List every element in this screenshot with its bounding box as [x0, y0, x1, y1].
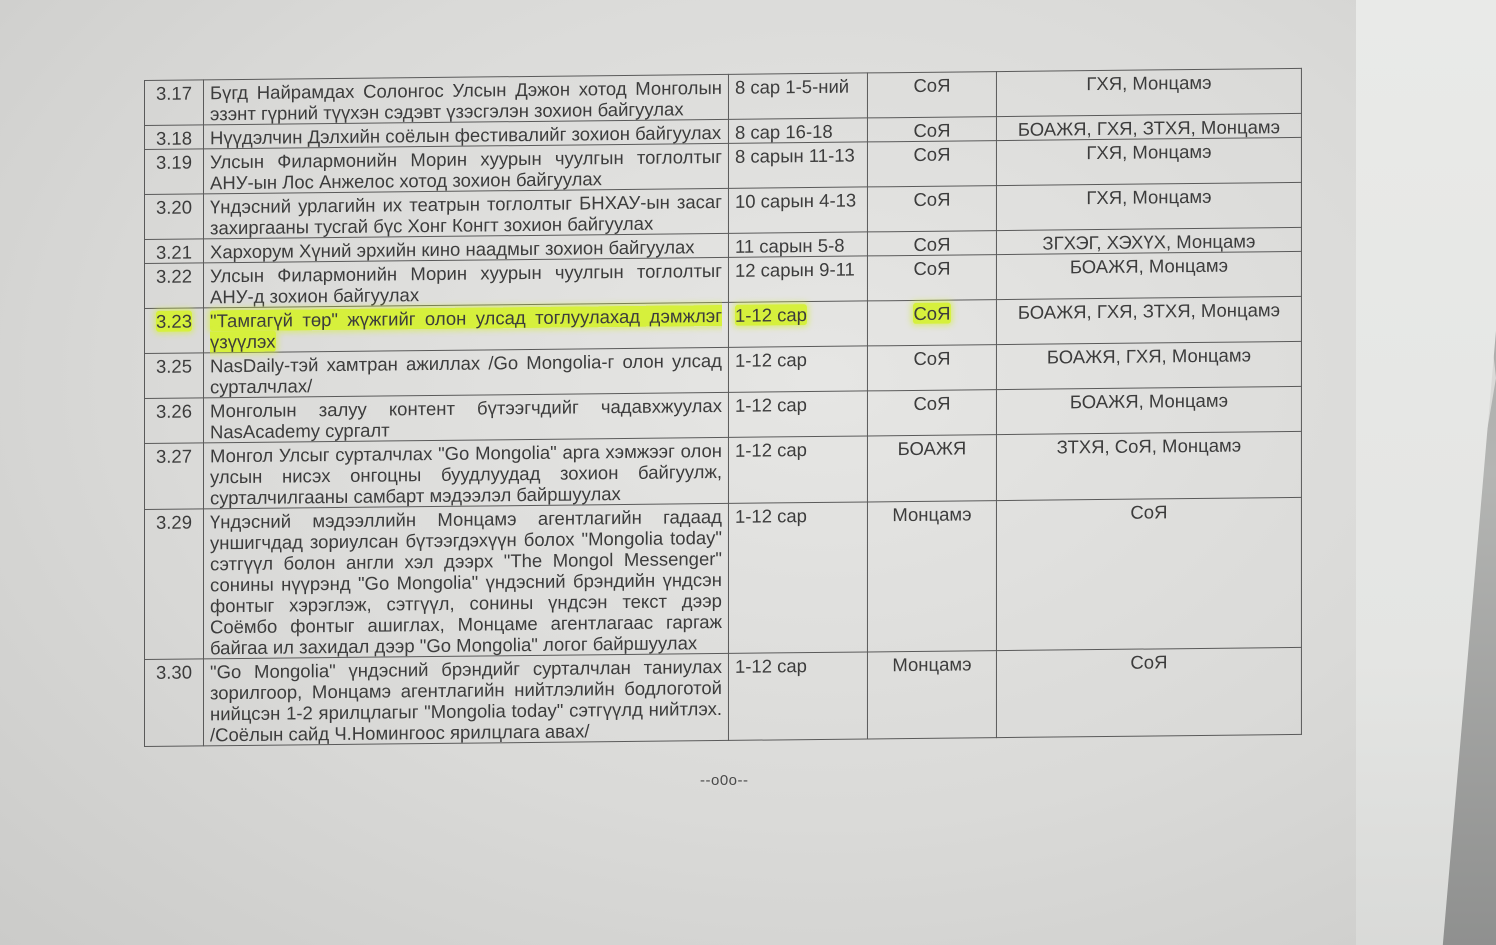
- row-number: 3.21: [144, 239, 203, 264]
- row-number: 3.30: [144, 659, 203, 747]
- row-number: 3.29: [144, 509, 203, 660]
- table-row: 3.27 Монгол Улсыг сурталчлах "Go Mongoli…: [144, 431, 1301, 509]
- partners-text: СоЯ: [1130, 651, 1167, 672]
- timeline: 10 сарын 4-13: [728, 187, 867, 233]
- date-text: 1-12 сар: [735, 439, 807, 461]
- date-text: 8 сар 16-18: [735, 121, 833, 143]
- partners-text: ГХЯ, Монцамэ: [1086, 186, 1211, 208]
- date-text: 10 сарын 4-13: [735, 190, 856, 212]
- date-text: 1-12 сар: [735, 505, 807, 527]
- num-text: 3.22: [156, 266, 192, 287]
- task-text: Улсын Филармонийн Морин хуурын чуулгын т…: [210, 260, 722, 307]
- table-row: 3.29 Үндэсний мэдээллийн Монцамэ агентла…: [144, 497, 1301, 659]
- responsible-org: СоЯ: [867, 117, 996, 142]
- responsible-org: СоЯ: [867, 345, 996, 391]
- responsible-org: Монцамэ: [867, 651, 996, 739]
- responsible-org: СоЯ: [867, 141, 996, 187]
- task-text: Үндэсний урлагийн их театрын тоглолтыг Б…: [210, 191, 722, 238]
- partner-orgs: ГХЯ, Монцамэ: [996, 182, 1301, 230]
- task-description: Үндэсний урлагийн их театрын тоглолтыг Б…: [203, 188, 728, 239]
- partner-orgs: СоЯ: [996, 647, 1301, 737]
- num-text: 3.17: [156, 82, 192, 103]
- lead-text: СоЯ: [913, 348, 950, 369]
- timeline: 12 сарын 9-11: [728, 256, 867, 302]
- num-text: 3.19: [156, 152, 192, 173]
- row-number: 3.19: [144, 149, 203, 195]
- lead-text: СоЯ: [913, 189, 950, 210]
- row-number: 3.23: [144, 308, 203, 354]
- task-text: Үндэсний мэдээллийн Монцамэ агентлагийн …: [210, 506, 722, 658]
- partner-orgs: ЗТХЯ, СоЯ, Монцамэ: [996, 431, 1301, 500]
- responsible-org: СоЯ: [867, 72, 996, 118]
- row-number: 3.17: [144, 80, 203, 126]
- timeline: 8 сар 1-5-ний: [728, 73, 867, 119]
- partner-orgs: ГХЯ, Монцамэ: [996, 137, 1301, 185]
- row-number: 3.27: [144, 443, 203, 510]
- partners-text: ЗТХЯ, СоЯ, Монцамэ: [1057, 435, 1242, 458]
- lead-text: СоЯ: [913, 393, 950, 414]
- task-description: Үндэсний мэдээллийн Монцамэ агентлагийн …: [203, 503, 728, 659]
- task-text: Монгол Улсыг сурталчлах "Go Mongolia" ар…: [210, 440, 722, 508]
- num-text: 3.26: [156, 401, 192, 422]
- partner-orgs: ЗГХЭГ, ХЭХҮХ, Монцамэ: [996, 227, 1301, 254]
- responsible-org: СоЯ: [867, 255, 996, 301]
- partners-text: ГХЯ, Монцамэ: [1086, 72, 1211, 94]
- num-text: 3.25: [156, 356, 192, 377]
- task-description: Улсын Филармонийн Морин хуурын чуулгын т…: [203, 143, 728, 194]
- date-text: 12 сарын 9-11: [735, 259, 855, 281]
- responsible-org: СоЯ: [867, 390, 996, 436]
- date-text: 11 сарын 5-8: [735, 235, 845, 257]
- date-text: 1-12 сар: [735, 304, 807, 326]
- partner-orgs: БОАЖЯ, ГХЯ, ЗТХЯ, Монцамэ: [996, 113, 1301, 140]
- responsible-org: Монцамэ: [867, 501, 996, 652]
- partners-text: БОАЖЯ, Монцамэ: [1070, 390, 1228, 413]
- responsible-org: СоЯ: [867, 186, 996, 232]
- responsible-org: СоЯ: [867, 231, 996, 256]
- responsible-org: БОАЖЯ: [867, 435, 996, 502]
- partners-text: БОАЖЯ, Монцамэ: [1070, 255, 1228, 278]
- partners-text: БОАЖЯ, ГХЯ, ЗТХЯ, Монцамэ: [1018, 299, 1280, 323]
- timeline: 8 сарын 11-13: [728, 142, 867, 188]
- lead-text: Монцамэ: [892, 653, 971, 675]
- partner-orgs: БОАЖЯ, ГХЯ, Монцамэ: [996, 341, 1301, 389]
- num-text: 3.29: [156, 512, 192, 533]
- date-text: 1-12 сар: [735, 394, 807, 416]
- action-plan-table: 3.17 Бүгд Найрамдах Солонгос Улсын Дэжон…: [144, 68, 1302, 747]
- partners-text: ЗГХЭГ, ХЭХҮХ, Монцамэ: [1042, 230, 1255, 253]
- num-text: 3.30: [156, 662, 192, 683]
- timeline: 1-12 сар: [728, 502, 867, 653]
- row-number: 3.26: [144, 398, 203, 444]
- timeline: 8 сар 16-18: [728, 118, 867, 143]
- lead-text: СоЯ: [913, 303, 950, 324]
- timeline: 1-12 сар: [728, 346, 867, 392]
- lead-text: СоЯ: [913, 144, 950, 165]
- partner-orgs: ГХЯ, Монцамэ: [996, 68, 1301, 116]
- task-text: "Тамгагүй төр" жүжгийг олон улсад тоглуу…: [210, 305, 722, 352]
- row-number: 3.18: [144, 125, 203, 150]
- lead-text: СоЯ: [913, 120, 950, 141]
- row-number: 3.22: [144, 263, 203, 309]
- timeline: 11 сарын 5-8: [728, 232, 867, 257]
- timeline: 1-12 сар: [728, 436, 867, 503]
- task-description: Бүгд Найрамдах Солонгос Улсын Дэжон хото…: [203, 74, 728, 125]
- num-text: 3.20: [156, 197, 192, 218]
- num-text: 3.18: [156, 127, 192, 148]
- timeline: 1-12 сар: [728, 652, 867, 740]
- partner-orgs: СоЯ: [996, 497, 1301, 650]
- timeline: 1-12 сар: [728, 301, 867, 347]
- partners-text: БОАЖЯ, ГХЯ, Монцамэ: [1047, 344, 1251, 367]
- lead-text: СоЯ: [913, 258, 950, 279]
- timeline: 1-12 сар: [728, 391, 867, 437]
- lead-text: БОАЖЯ: [898, 437, 967, 459]
- row-number: 3.25: [144, 353, 203, 399]
- num-text: 3.27: [156, 446, 192, 467]
- task-text: Улсын Филармонийн Морин хуурын чуулгын т…: [210, 146, 722, 193]
- responsible-org: СоЯ: [867, 300, 996, 346]
- task-description: Монгол Улсыг сурталчлах "Go Mongolia" ар…: [203, 437, 728, 509]
- lead-text: СоЯ: [913, 75, 950, 96]
- partners-text: СоЯ: [1130, 501, 1167, 522]
- task-text: Монголын залуу контент бүтээгчдийг чадав…: [210, 395, 722, 442]
- document-page: 3.17 Бүгд Найрамдах Солонгос Улсын Дэжон…: [144, 68, 1302, 747]
- partner-orgs: БОАЖЯ, Монцамэ: [996, 386, 1301, 434]
- date-text: 1-12 сар: [735, 655, 807, 677]
- num-text: 3.21: [156, 242, 192, 263]
- task-text: NasDaily-тэй хамтран ажиллах /Go Mongoli…: [210, 350, 722, 397]
- partner-orgs: БОАЖЯ, Монцамэ: [996, 251, 1301, 299]
- end-of-document-mark: --o0o--: [700, 772, 749, 789]
- task-description: "Тамгагүй төр" жүжгийг олон улсад тоглуу…: [203, 302, 728, 353]
- task-text: "Go Mongolia" үндэсний брэндийг сурталчл…: [210, 656, 722, 745]
- row-number: 3.20: [144, 194, 203, 240]
- task-description: NasDaily-тэй хамтран ажиллах /Go Mongoli…: [203, 347, 728, 398]
- task-description: "Go Mongolia" үндэсний брэндийг сурталчл…: [203, 653, 728, 746]
- partners-text: ГХЯ, Монцамэ: [1086, 141, 1211, 163]
- date-text: 8 сар 1-5-ний: [735, 76, 849, 98]
- lead-text: СоЯ: [913, 234, 950, 255]
- task-text: Бүгд Найрамдах Солонгос Улсын Дэжон хото…: [210, 77, 722, 124]
- lead-text: Монцамэ: [892, 503, 971, 525]
- date-text: 1-12 сар: [735, 349, 807, 371]
- date-text: 8 сарын 11-13: [735, 145, 855, 167]
- task-description: Монголын залуу контент бүтээгчдийг чадав…: [203, 392, 728, 443]
- task-description: Улсын Филармонийн Морин хуурын чуулгын т…: [203, 257, 728, 308]
- num-text: 3.23: [156, 311, 192, 332]
- table-row: 3.30 "Go Mongolia" үндэсний брэндийг сур…: [144, 647, 1301, 746]
- partner-orgs: БОАЖЯ, ГХЯ, ЗТХЯ, Монцамэ: [996, 296, 1301, 344]
- partners-text: БОАЖЯ, ГХЯ, ЗТХЯ, Монцамэ: [1018, 116, 1280, 140]
